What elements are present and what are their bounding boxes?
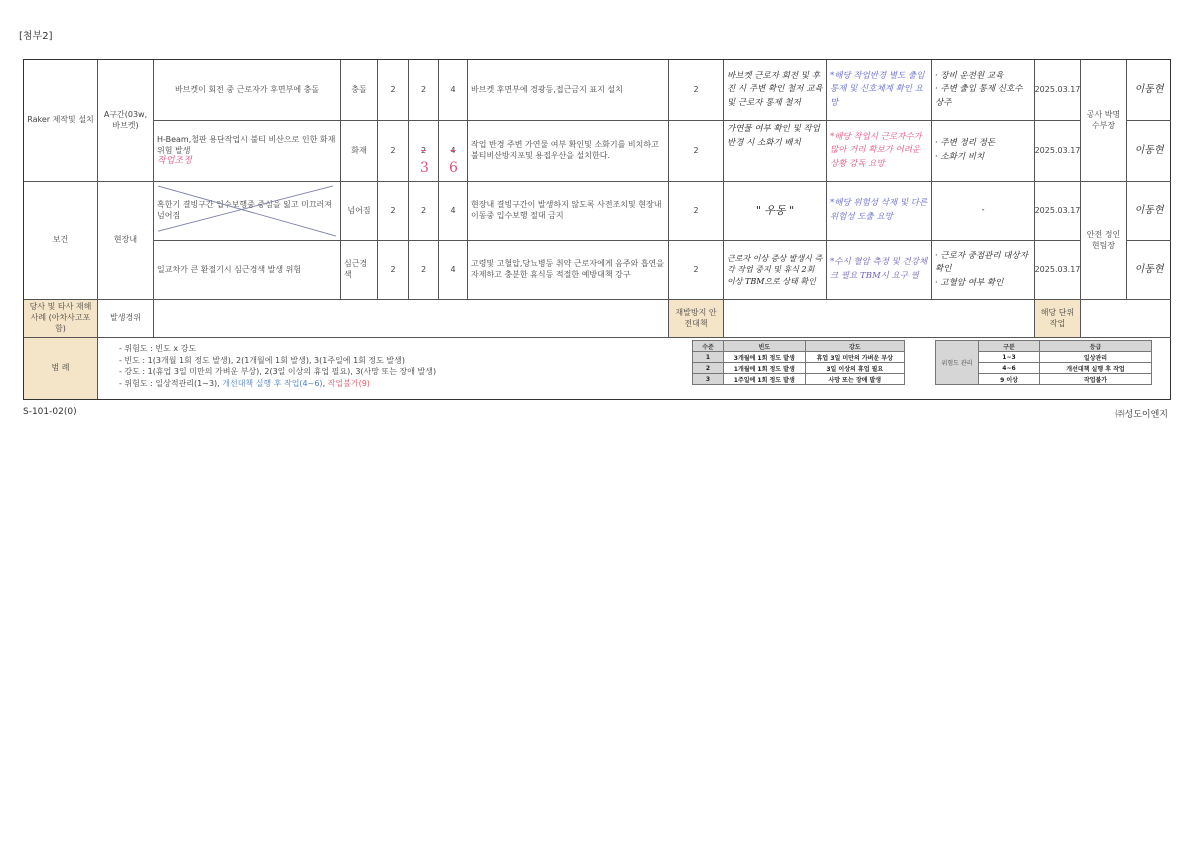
- hazard-2-cell: H-Beam,철판 용단작업시 불티 비산으로 인한 화재 위험 발생 작업조정: [154, 121, 341, 182]
- occurrence-field[interactable]: [154, 300, 669, 338]
- signature-1: 이동현: [1127, 60, 1171, 121]
- residual-risk-4: 2: [669, 241, 724, 300]
- legend-line-2: - 빈도 : 1(3개월 1회 정도 발생), 2(1개월에 1회 발생), 3…: [119, 355, 436, 367]
- residual-risk-2: 2: [669, 121, 724, 182]
- hazard-3: 혹한기 결빙구간 입수보행중 중심을 잃고 미끄러져 넘어짐: [157, 200, 337, 222]
- date-4: 2025.03.17: [1035, 241, 1081, 300]
- prevention-label: 재발방지 안전대책: [669, 300, 724, 338]
- hazard-type-3: 넘어짐: [341, 182, 378, 241]
- company-name: ㈜성도이엔지: [1116, 407, 1168, 420]
- measure-4: 고령및 고혈압,당뇨병등 취약 근로자에게 음주와 흡연을 자제하고 충분한 휴…: [468, 241, 669, 300]
- measure-taken-2: · 주변 정리 정돈 · 소화기 비치: [932, 121, 1035, 182]
- location-2: 현장내: [98, 182, 154, 300]
- work-name-2: 보건: [24, 182, 98, 300]
- handwritten-note-1: 바브켓 근로자 회전 및 후진 시 주변 확인 철저 교육 및 근로자 통제 철…: [724, 60, 827, 121]
- frequency-1: 2: [378, 60, 409, 121]
- hazard-4: 일교차가 큰 환절기시 심근경색 발생 위험: [154, 241, 341, 300]
- measure-taken-3: -: [932, 182, 1035, 241]
- severity-2-corrected: 3: [420, 157, 429, 179]
- reviewer-comment-2: *해당 작업시 근로자수가 많아 거리 확보가 어려운 상황 감독 요망: [827, 121, 932, 182]
- severity-4: 2: [409, 241, 439, 300]
- signature-3: 이동현: [1127, 182, 1171, 241]
- hazard-2-handwritten: 작업조정: [157, 156, 192, 167]
- occurrence-label: 발생경위: [98, 300, 154, 338]
- level-row: 1 3개월에 1회 정도 발생 휴업 3일 미만의 가벼운 부상: [693, 352, 905, 363]
- prevention-field[interactable]: [724, 300, 1035, 338]
- reviewer-comment-1: *해당 작업반경 별도 출입 통제 및 신호체계 확인 요망: [827, 60, 932, 121]
- hazard-1: 바브켓이 회전 중 근로자가 후면부에 충돌: [154, 60, 341, 121]
- residual-risk-1: 2: [669, 60, 724, 121]
- risk-1: 4: [439, 60, 468, 121]
- signature-4: 이동현: [1127, 241, 1171, 300]
- residual-risk-3: 2: [669, 182, 724, 241]
- level-row: 3 1주일에 1회 정도 발생 사망 또는 장애 발생: [693, 374, 905, 385]
- unit-work-field[interactable]: [1081, 300, 1171, 338]
- manager-1: 공사 박명수부장: [1081, 60, 1127, 182]
- manager-2: 안전 정인현팀장: [1081, 182, 1127, 300]
- risk-management-label: 위험도 관리: [936, 341, 979, 385]
- date-1: 2025.03.17: [1035, 60, 1081, 121]
- risk-2-corrected: 6: [449, 157, 458, 179]
- legend-line-4: - 위험도 : 일상적관리(1~3), 개선대책 실행 후 작업(4~6), 작…: [119, 378, 436, 390]
- frequency-4: 2: [378, 241, 409, 300]
- risk-2: 4: [450, 146, 455, 157]
- date-2: 2025.03.17: [1035, 121, 1081, 182]
- accident-cases-label: 당사 및 타사 재해사례 (아차사고포함): [24, 300, 98, 338]
- severity-2-cell: 2 3: [409, 121, 439, 182]
- risk-2-cell: 4 6: [439, 121, 468, 182]
- measure-2: 작업 반경 주변 가연물 여부 확인및 소화기를 비치하고 불티비산방지포및 용…: [468, 121, 669, 182]
- measure-1: 바브켓 후면부에 경광등,접근금지 표지 설치: [468, 60, 669, 121]
- hazard-type-4: 심근경 색: [341, 241, 378, 300]
- level-table: 수준 빈도 강도 1 3개월에 1회 정도 발생 휴업 3일 미만의 가벼운 부…: [692, 340, 905, 385]
- unit-work-label: 해당 단위작업: [1035, 300, 1081, 338]
- location-1: A구간(03w, 바브켓): [98, 60, 154, 182]
- legend-text: - 위험도 : 빈도 x 강도 - 빈도 : 1(3개월 1회 정도 발생), …: [119, 343, 436, 389]
- hazard-type-2: 화재: [341, 121, 378, 182]
- handwritten-note-2: 가연물 여부 확인 및 작업 반경 시 소화기 배치: [724, 121, 827, 182]
- measure-3: 현장내 결빙구간이 발생하지 않도록 사전조치및 현장내 이동중 입수보행 절대…: [468, 182, 669, 241]
- reviewer-comment-3: *해당 위험성 삭제 및 다른 위험성 도출 요망: [827, 182, 932, 241]
- work-name-1: Raker 제작및 설치: [24, 60, 98, 182]
- risk-grade-table: 위험도 관리 구분 등급 1~3 일상관리 4~6 개선대책 실행 후 작업 9…: [935, 340, 1152, 385]
- risk-4: 4: [439, 241, 468, 300]
- hazard-type-1: 충돌: [341, 60, 378, 121]
- measure-taken-4: · 근로자 중점관리 대상자 확인 · 고혈압 여부 확인: [932, 241, 1035, 300]
- reviewer-comment-4: *수시 혈압 측정 및 건강체크 필요 TBM시 요구 필: [827, 241, 932, 300]
- legend-label: 범 례: [24, 338, 98, 399]
- severity-3: 2: [409, 182, 439, 241]
- frequency-2: 2: [378, 121, 409, 182]
- severity-1: 2: [409, 60, 439, 121]
- severity-2: 2: [421, 146, 426, 157]
- hazard-3-cell: 혹한기 결빙구간 입수보행중 중심을 잃고 미끄러져 넘어짐: [154, 182, 341, 241]
- legend-line-1: - 위험도 : 빈도 x 강도: [119, 343, 436, 355]
- measure-taken-1: · 장비 운전원 교육 · 주변 출입 통제 신호수 상주: [932, 60, 1035, 121]
- hazard-2: H-Beam,철판 용단작업시 불티 비산으로 인한 화재 위험 발생: [157, 135, 337, 157]
- legend-line-3: - 강도 : 1(휴업 3일 미만의 가벼운 부상), 2(3일 이상의 휴업 …: [119, 366, 436, 378]
- handwritten-note-4: 근로자 이상 증상 발생시 즉각 작업 중지 및 휴식 2회 이상 TBM으로 …: [724, 241, 827, 300]
- document-code: S-101-02(0): [23, 407, 77, 417]
- frequency-3: 2: [378, 182, 409, 241]
- risk-3: 4: [439, 182, 468, 241]
- date-3: 2025.03.17: [1035, 182, 1081, 241]
- signature-2: 이동현: [1127, 121, 1171, 182]
- level-row: 2 1개월에 1회 정도 발생 3일 이상의 휴업 필요: [693, 363, 905, 374]
- handwritten-note-3: " 우동 ": [724, 182, 827, 241]
- risk-assessment-sheet: Raker 제작및 설치 A구간(03w, 바브켓) 바브켓이 회전 중 근로자…: [23, 59, 1171, 400]
- attachment-label: [첨부2]: [19, 27, 53, 42]
